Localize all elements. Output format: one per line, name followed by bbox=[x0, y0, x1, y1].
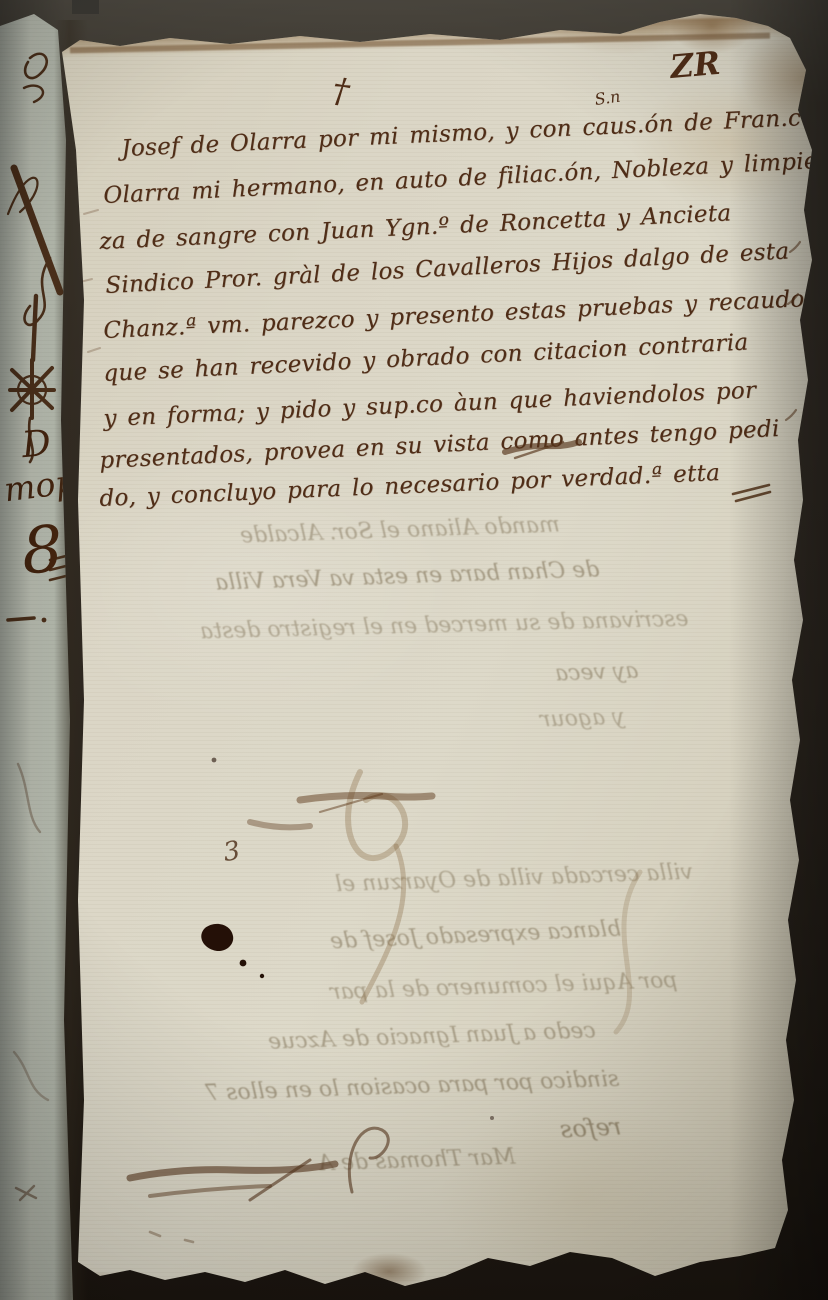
bleedthrough-line: sindico por para ocasion lo en ellos 7 bbox=[205, 1069, 620, 1105]
bleedthrough-line: villa cercada villa de Oyarzun el bbox=[335, 862, 694, 896]
bottom-smear-marks bbox=[130, 1128, 388, 1242]
bleedthrough-line: por Aqui el comunero de la par bbox=[330, 970, 678, 1004]
manuscript-page: mando Aliano el Sor. Alcalde de Chan bar… bbox=[0, 0, 828, 1300]
bleedthrough-line: ay veca bbox=[555, 661, 639, 686]
bleedthrough-line: mando Aliano el Sor. Alcalde bbox=[240, 514, 560, 547]
bleedthrough-line: de Chan bara en esta va Vera Villa bbox=[215, 559, 600, 594]
bleedthrough-line: cedo a Juan Ignacio de Azcue bbox=[268, 1020, 596, 1053]
text-line-2: Olarra mi hermano, en auto de filiac.ón,… bbox=[103, 150, 818, 208]
superscript-abbreviation: S.n bbox=[593, 87, 621, 109]
bleedthrough-line: refos bbox=[559, 1114, 622, 1141]
etcetera-underline bbox=[733, 485, 770, 501]
bleedthrough-line: escrivana de su merced en el registro de… bbox=[200, 609, 689, 644]
marginal-three-mark: 3 bbox=[221, 836, 242, 868]
invocation-cross-icon: † bbox=[330, 70, 352, 112]
margin-letter-d: D bbox=[20, 423, 52, 466]
smear-marks bbox=[250, 794, 432, 827]
text-line-6: que se han recevido y obrado con citacio… bbox=[103, 331, 749, 386]
bleedthrough-line: blanca expresado Josef de bbox=[330, 919, 622, 954]
bleedthrough-line: y agour bbox=[540, 707, 625, 732]
background-clamp bbox=[72, 0, 99, 14]
folio-mark: ZR bbox=[669, 44, 722, 86]
bleedthrough-line: Mar Thomas de A bbox=[318, 1147, 516, 1176]
photographed-manuscript: D mop 8 mando Aliano el Sor. Alcalde de … bbox=[0, 0, 828, 1300]
